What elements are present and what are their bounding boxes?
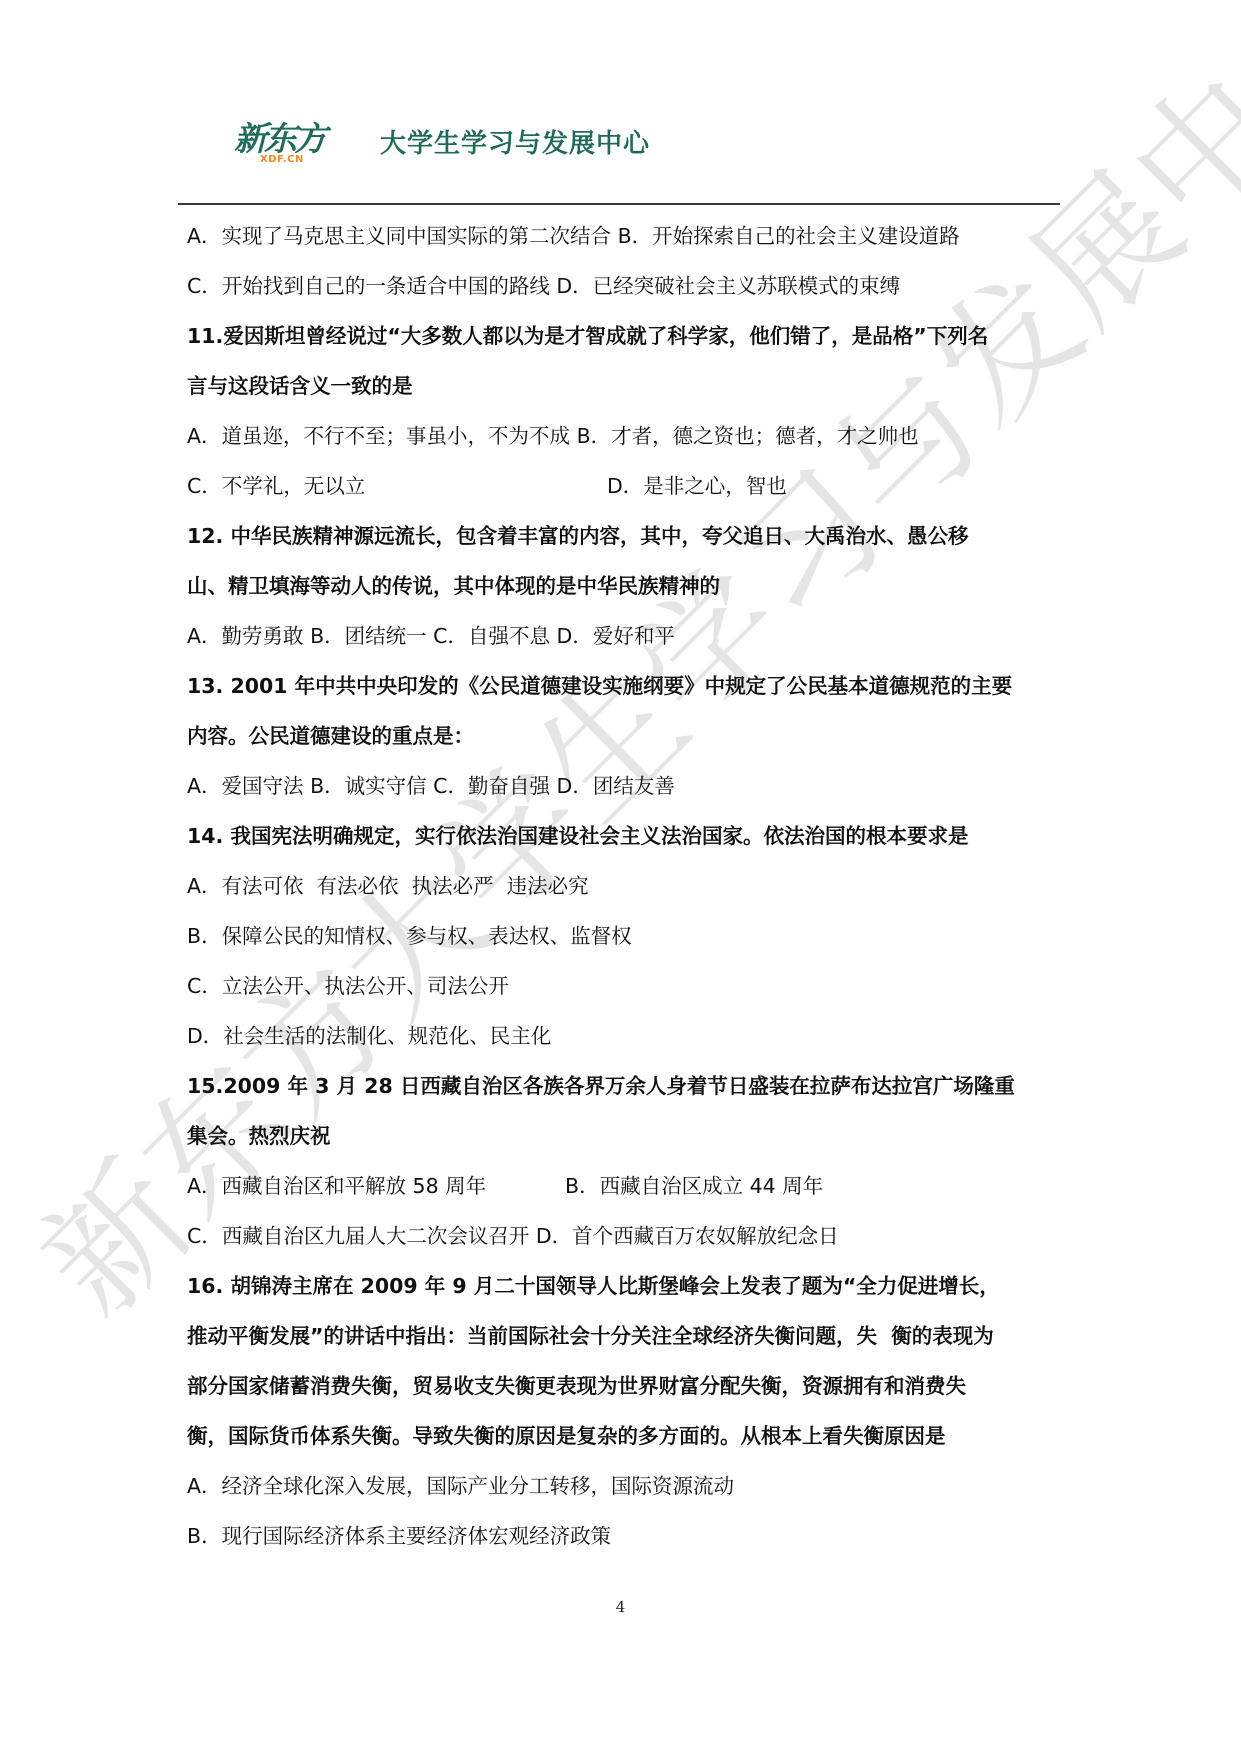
q13-option-a: A．爱国守法 [187,768,304,804]
question-12-stem-line-2: 山、精卫填海等动人的传说，其中体现的是中华民族精神的 [187,568,1067,618]
question-13-stem-line-1: 13. 2001 年中共中央印发的《公民道德建设实施纲要》中规定了公民基本道德规… [187,668,1067,718]
q11-option-a: A．道虽迩，不行不至；事虽小，不为不成 [187,418,570,454]
q10-options-row-1: A．实现了马克思主义同中国实际的第二次结合 B．开始探索自己的社会主义建设道路 [187,218,1067,268]
q13-options-row: A．爱国守法 B．诚实守信 C．勤奋自强 D．团结友善 [187,768,1067,818]
q15-option-d: D．首个西藏百万农奴解放纪念日 [536,1218,839,1254]
q10-option-c: C．开始找到自己的一条适合中国的路线 [187,268,550,304]
q15-option-a: A．西藏自治区和平解放 58 周年 [187,1168,486,1204]
q12-option-b: B．团结统一 [310,618,427,654]
q13-option-d: D．团结友善 [557,768,675,804]
xdf-logo: 新东方 XDF.CN [234,124,356,170]
q14-option-a: A．有法可依 有法必依 执法必严 违法必究 [187,868,1067,918]
question-15-stem-line-1: 15.2009 年 3 月 28 日西藏自治区各族各界万余人身着节日盛装在拉萨布… [187,1068,1067,1118]
q12-option-a: A．勤劳勇敢 [187,618,304,654]
q11-option-b: B．才者，德之资也；德者，才之帅也 [577,418,919,454]
header-title: 大学生学习与发展中心 [380,126,650,162]
question-16-stem-line-1: 16. 胡锦涛主席在 2009 年 9 月二十国领导人比斯堡峰会上发表了题为“全… [187,1268,1067,1318]
q15-options-row-1: A．西藏自治区和平解放 58 周年 B．西藏自治区成立 44 周年 [187,1168,1067,1218]
q11-option-d: D．是非之心，智也 [607,468,787,504]
question-16-stem-line-2: 推动平衡发展”的讲话中指出：当前国际社会十分关注全球经济失衡问题，失 衡的表现为 [187,1318,1067,1368]
q16-option-b: B．现行国际经济体系主要经济体宏观经济政策 [187,1518,1067,1568]
q14-option-d: D．社会生活的法制化、规范化、民主化 [187,1018,1067,1068]
q12-options-row: A．勤劳勇敢 B．团结统一 C．自强不息 D．爱好和平 [187,618,1067,668]
q11-options-row-2: C．不学礼，无以立 D．是非之心，智也 [187,468,1067,518]
q15-option-b: B．西藏自治区成立 44 周年 [565,1168,823,1204]
q10-option-a: A．实现了马克思主义同中国实际的第二次结合 [187,218,611,254]
q11-options-row-1: A．道虽迩，不行不至；事虽小，不为不成 B．才者，德之资也；德者，才之帅也 [187,418,1067,468]
q15-options-row-2: C．西藏自治区九届人大二次会议召开 D．首个西藏百万农奴解放纪念日 [187,1218,1067,1268]
q13-option-c: C．勤奋自强 [433,768,550,804]
page-header: 新东方 XDF.CN 大学生学习与发展中心 [234,124,650,174]
q12-option-d: D．爱好和平 [557,618,675,654]
q16-option-a: A．经济全球化深入发展，国际产业分工转移，国际资源流动 [187,1468,1067,1518]
page-number: 4 [0,1598,1241,1616]
question-16-stem-line-4: 衡，国际货币体系失衡。导致失衡的原因是复杂的多方面的。从根本上看失衡原因是 [187,1418,1067,1468]
question-12-stem-line-1: 12. 中华民族精神源远流长，包含着丰富的内容，其中，夸父追日、大禹治水、愚公移 [187,518,1067,568]
document-page: 新东方大学生学习与发展中心 新东方 XDF.CN 大学生学习与发展中心 A．实现… [0,0,1241,1754]
question-11-stem-line-2: 言与这段话含义一致的是 [187,368,1067,418]
logo-domain-text: XDF.CN [260,154,304,166]
header-divider [178,203,1060,205]
q13-option-b: B．诚实守信 [310,768,427,804]
question-13-stem-line-2: 内容。公民道德建设的重点是： [187,718,1067,768]
question-14-stem-line-1: 14. 我国宪法明确规定，实行依法治国建设社会主义法治国家。依法治国的根本要求是 [187,818,1067,868]
question-11-stem-line-1: 11.爱因斯坦曾经说过“大多数人都以为是才智成就了科学家，他们错了，是品格”下列… [187,318,1067,368]
q10-options-row-2: C．开始找到自己的一条适合中国的路线 D．已经突破社会主义苏联模式的束缚 [187,268,1067,318]
q10-option-d: D．已经突破社会主义苏联模式的束缚 [556,268,900,304]
q14-option-c: C．立法公开、执法公开、司法公开 [187,968,1067,1018]
question-16-stem-line-3: 部分国家储蓄消费失衡，贸易收支失衡更表现为世界财富分配失衡，资源拥有和消费失 [187,1368,1067,1418]
question-15-stem-line-2: 集会。热烈庆祝 [187,1118,1067,1168]
document-body: A．实现了马克思主义同中国实际的第二次结合 B．开始探索自己的社会主义建设道路 … [187,218,1067,1568]
logo-chinese-text: 新东方 [234,120,324,158]
q10-option-b: B．开始探索自己的社会主义建设道路 [618,218,960,254]
q14-option-b: B．保障公民的知情权、参与权、表达权、监督权 [187,918,1067,968]
q11-option-c: C．不学礼，无以立 [187,468,365,504]
q15-option-c: C．西藏自治区九届人大二次会议召开 [187,1218,529,1254]
q12-option-c: C．自强不息 [433,618,550,654]
